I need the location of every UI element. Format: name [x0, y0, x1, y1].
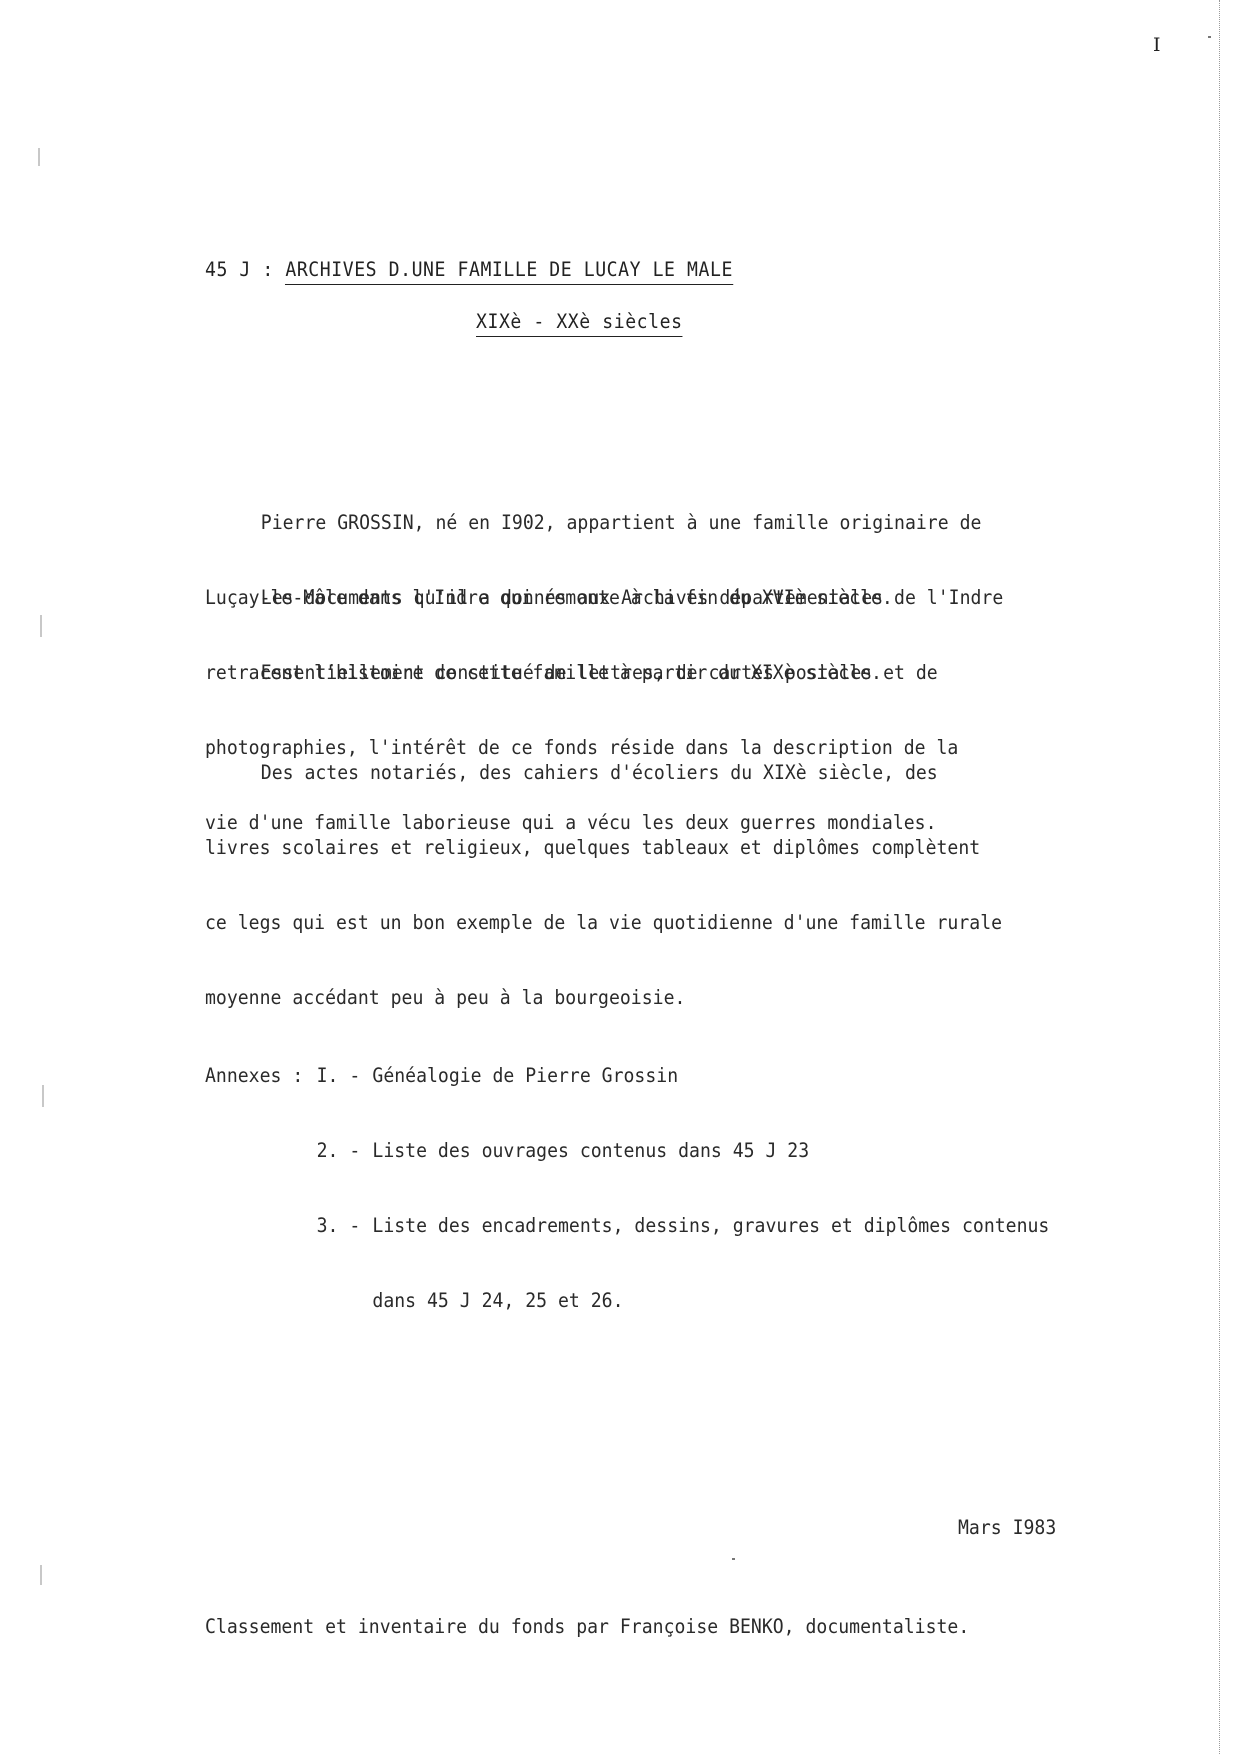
paragraph-line: Pierre GROSSIN, né en I902, appartient à…	[205, 510, 1042, 535]
paragraph-line: Des actes notariés, des cahiers d'écolie…	[205, 760, 1042, 785]
document-credit: Classement et inventaire du fonds par Fr…	[205, 1615, 969, 1638]
annex-text: dans 45 J 24, 25 et 26.	[372, 1288, 623, 1313]
document-date: Mars I983	[958, 1516, 1056, 1539]
paragraph-line: moyenne accédant peu à peu à la bourgeoi…	[205, 985, 1042, 1010]
annex-item: Annexes :I. -Généalogie de Pierre Grossi…	[205, 1063, 1049, 1088]
margin-mark	[40, 615, 42, 637]
annex-number: 2. -	[317, 1138, 373, 1163]
annex-text: Généalogie de Pierre Grossin	[372, 1063, 678, 1088]
annex-number: 3. -	[317, 1213, 373, 1238]
paragraph-line: livres scolaires et religieux, quelques …	[205, 835, 1042, 860]
annex-item: 3. -Liste des encadrements, dessins, gra…	[205, 1213, 1049, 1238]
margin-mark	[38, 148, 40, 166]
annex-item: 2. -Liste des ouvrages contenus dans 45 …	[205, 1138, 1049, 1163]
margin-mark	[40, 1565, 42, 1585]
margin-mark	[42, 1085, 44, 1107]
paragraph-line: Les documents qu'il a donnés aux Archive…	[205, 585, 1042, 610]
scan-speck	[1208, 36, 1211, 38]
scan-edge-line	[1219, 0, 1221, 1754]
paragraph-line: Essentiellement constitué de lettres, de…	[205, 660, 1042, 685]
annex-item-continuation: dans 45 J 24, 25 et 26.	[205, 1288, 1049, 1313]
scan-speck	[732, 1558, 735, 1560]
page-number: I	[1153, 34, 1161, 56]
title-prefix: 45 J :	[205, 258, 285, 281]
paragraph-4: Des actes notariés, des cahiers d'écolie…	[205, 710, 1042, 1060]
annexes-list: Annexes :I. -Généalogie de Pierre Grossi…	[205, 1013, 1049, 1363]
title-main: ARCHIVES D.UNE FAMILLE DE LUCAY LE MALE	[285, 258, 733, 285]
annex-text: Liste des encadrements, dessins, gravure…	[372, 1213, 1049, 1238]
document-title: 45 J : ARCHIVES D.UNE FAMILLE DE LUCAY L…	[205, 258, 733, 281]
annex-text: Liste des ouvrages contenus dans 45 J 23	[372, 1138, 809, 1163]
paragraph-line: ce legs qui est un bon exemple de la vie…	[205, 910, 1042, 935]
document-page: I 45 J : ARCHIVES D.UNE FAMILLE DE LUCAY…	[0, 0, 1239, 1754]
annexes-label: Annexes :	[205, 1063, 317, 1088]
annex-number: I. -	[317, 1063, 373, 1088]
document-subtitle: XIXè - XXè siècles	[476, 310, 683, 337]
